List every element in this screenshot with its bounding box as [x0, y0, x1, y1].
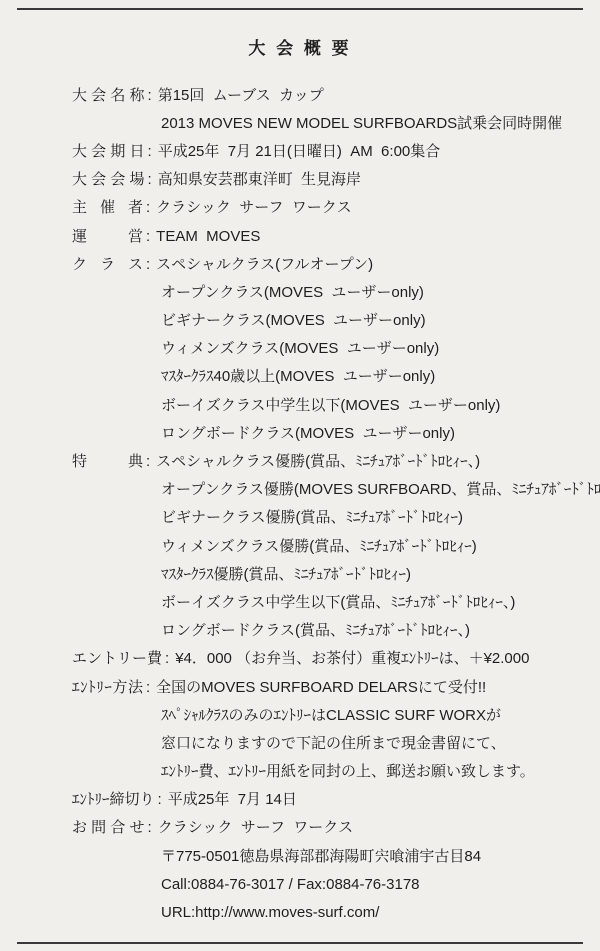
- document-row: ﾏｽﾀｰｸﾗｽ40歳以上(MOVES ユーザーonly): [0, 363, 600, 391]
- field-colon: :: [146, 680, 150, 695]
- field-value: 窓口になりますので下記の住所まで現金書留にて、: [161, 736, 506, 751]
- bottom-rule: [17, 942, 583, 944]
- field-value: 平成25年 7月 21日(日曜日) AM 6:00集合: [158, 144, 441, 159]
- top-rule: [17, 8, 583, 10]
- document-row: ロングボードクラス(MOVES ユーザーonly): [0, 419, 600, 447]
- document-row: ク ラ ス : スペシャルクラス(フルオープン): [0, 250, 600, 278]
- field-colon: :: [165, 651, 169, 666]
- document-row: URL:http://www.moves-surf.com/: [0, 898, 600, 926]
- document-row: エントリー費 : ¥4．000 （お弁当、お茶付）重複ｴﾝﾄﾘｰは、＋¥2.00…: [0, 645, 600, 673]
- field-label: 特 典: [72, 454, 143, 469]
- field-value: オープンクラス(MOVES ユーザーonly): [161, 285, 424, 300]
- field-label: 運 営: [72, 229, 143, 244]
- field-colon: :: [148, 172, 152, 187]
- field-label: ク ラ ス: [72, 257, 143, 272]
- field-colon: :: [148, 144, 152, 159]
- document-row: 大 会 名 称 : 第15回 ムーブス カップ: [0, 81, 600, 109]
- field-value: ﾏｽﾀｰｸﾗｽ優勝(賞品、ﾐﾆﾁｭｱﾎﾞｰﾄﾞﾄﾛﾋｨｰ): [161, 567, 411, 582]
- document-row: 主 催 者 : クラシック サーフ ワークス: [0, 194, 600, 222]
- field-label: 大 会 期 日: [72, 144, 145, 159]
- field-value: スペシャルクラス優勝(賞品、ﾐﾆﾁｭｱﾎﾞｰﾄﾞﾄﾛﾋｨｰ、): [156, 454, 480, 469]
- field-value: 平成25年 7月 14日: [168, 792, 297, 807]
- document-row: ロングボードクラス(賞品、ﾐﾆﾁｭｱﾎﾞｰﾄﾞﾄﾛﾋｨｰ、): [0, 617, 600, 645]
- document-row: 〒775-0501徳島県海部郡海陽町宍喰浦宇古目84: [0, 842, 600, 870]
- field-value: ロングボードクラス(MOVES ユーザーonly): [161, 426, 455, 441]
- document-rows: 大 会 名 称 : 第15回 ムーブス カップ 2013 MOVES NEW M…: [0, 81, 600, 927]
- field-value: Call:0884-76-3017 / Fax:0884-76-3178: [161, 877, 420, 892]
- page-title: 大 会 概 要: [0, 34, 600, 59]
- field-label: 主 催 者: [72, 200, 143, 215]
- field-colon: :: [146, 454, 150, 469]
- field-colon: :: [146, 229, 150, 244]
- document-row: ウィメンズクラス(MOVES ユーザーonly): [0, 335, 600, 363]
- field-value: ウィメンズクラス優勝(賞品、ﾐﾆﾁｭｱﾎﾞｰﾄﾞﾄﾛﾋｨｰ): [161, 539, 477, 554]
- field-colon: :: [148, 820, 152, 835]
- document-row: ｴﾝﾄﾘｰ費、ｴﾝﾄﾘｰ用紙を同封の上、郵送お願い致します。: [0, 758, 600, 786]
- document-row: 特 典 : スペシャルクラス優勝(賞品、ﾐﾆﾁｭｱﾎﾞｰﾄﾞﾄﾛﾋｨｰ、): [0, 447, 600, 475]
- field-value: ロングボードクラス(賞品、ﾐﾆﾁｭｱﾎﾞｰﾄﾞﾄﾛﾋｨｰ、): [161, 623, 470, 638]
- document-row: 大 会 会 場 : 高知県安芸郡東洋町 生見海岸: [0, 166, 600, 194]
- document-row: 窓口になりますので下記の住所まで現金書留にて、: [0, 729, 600, 757]
- field-value: クラシック サーフ ワークス: [158, 820, 353, 835]
- document-row: ｴﾝﾄﾘｰ締切り : 平成25年 7月 14日: [0, 786, 600, 814]
- field-value: ウィメンズクラス(MOVES ユーザーonly): [161, 341, 439, 356]
- document-row: Call:0884-76-3017 / Fax:0884-76-3178: [0, 870, 600, 898]
- field-value: 高知県安芸郡東洋町 生見海岸: [158, 172, 361, 187]
- field-value: ﾏｽﾀｰｸﾗｽ40歳以上(MOVES ユーザーonly): [161, 369, 435, 384]
- document-row: ビギナークラス(MOVES ユーザーonly): [0, 307, 600, 335]
- field-colon: :: [158, 792, 162, 807]
- field-colon: :: [148, 88, 152, 103]
- document-row: ビギナークラス優勝(賞品、ﾐﾆﾁｭｱﾎﾞｰﾄﾞﾄﾛﾋｨｰ): [0, 504, 600, 532]
- field-value: ボーイズクラス中学生以下(MOVES ユーザーonly): [161, 398, 500, 413]
- field-label: エントリー費: [72, 651, 162, 666]
- field-value: ｴﾝﾄﾘｰ費、ｴﾝﾄﾘｰ用紙を同封の上、郵送お願い致します。: [161, 764, 535, 779]
- field-value: URL:http://www.moves-surf.com/: [161, 905, 379, 920]
- field-value: 全国のMOVES SURFBOARD DELARSにて受付!!: [156, 680, 486, 695]
- document-row: 大 会 期 日 : 平成25年 7月 21日(日曜日) AM 6:00集合: [0, 137, 600, 165]
- document-row: ウィメンズクラス優勝(賞品、ﾐﾆﾁｭｱﾎﾞｰﾄﾞﾄﾛﾋｨｰ): [0, 532, 600, 560]
- field-label: 大 会 会 場: [72, 172, 145, 187]
- document-row: オープンクラス(MOVES ユーザーonly): [0, 278, 600, 306]
- document-page: { "page": { "title": "大 会 概 要", "colon":…: [0, 0, 600, 951]
- document-row: お 問 合 せ : クラシック サーフ ワークス: [0, 814, 600, 842]
- field-value: 第15回 ムーブス カップ: [158, 88, 324, 103]
- field-value: TEAM MOVES: [156, 229, 260, 244]
- document-row: オープンクラス優勝(MOVES SURFBOARD、賞品、ﾐﾆﾁｭｱﾎﾞｰﾄﾞﾄ…: [0, 476, 600, 504]
- field-value: ビギナークラス(MOVES ユーザーonly): [161, 313, 426, 328]
- field-label: ｴﾝﾄﾘｰ方法: [72, 680, 143, 695]
- field-colon: :: [146, 200, 150, 215]
- field-value: オープンクラス優勝(MOVES SURFBOARD、賞品、ﾐﾆﾁｭｱﾎﾞｰﾄﾞﾄ…: [161, 482, 600, 497]
- field-value: ボーイズクラス中学生以下(賞品、ﾐﾆﾁｭｱﾎﾞｰﾄﾞﾄﾛﾋｨｰ、): [161, 595, 515, 610]
- document-row: 運 営 : TEAM MOVES: [0, 222, 600, 250]
- document-row: ｴﾝﾄﾘｰ方法 : 全国のMOVES SURFBOARD DELARSにて受付!…: [0, 673, 600, 701]
- field-value: ¥4．000 （お弁当、お茶付）重複ｴﾝﾄﾘｰは、＋¥2.000: [175, 651, 529, 666]
- field-value: スペシャルクラス(フルオープン): [156, 257, 373, 272]
- field-label: ｴﾝﾄﾘｰ締切り: [72, 792, 155, 807]
- field-colon: :: [146, 257, 150, 272]
- field-value: 2013 MOVES NEW MODEL SURFBOARDS試乗会同時開催: [161, 116, 562, 131]
- document-row: ボーイズクラス中学生以下(MOVES ユーザーonly): [0, 391, 600, 419]
- field-value: ビギナークラス優勝(賞品、ﾐﾆﾁｭｱﾎﾞｰﾄﾞﾄﾛﾋｨｰ): [161, 510, 463, 525]
- field-value: クラシック サーフ ワークス: [156, 200, 351, 215]
- document-row: ボーイズクラス中学生以下(賞品、ﾐﾆﾁｭｱﾎﾞｰﾄﾞﾄﾛﾋｨｰ、): [0, 588, 600, 616]
- document-row: 2013 MOVES NEW MODEL SURFBOARDS試乗会同時開催: [0, 109, 600, 137]
- document-row: ｽﾍﾟｼｬﾙｸﾗｽのみのｴﾝﾄﾘｰはCLASSIC SURF WORXが: [0, 701, 600, 729]
- document-row: ﾏｽﾀｰｸﾗｽ優勝(賞品、ﾐﾆﾁｭｱﾎﾞｰﾄﾞﾄﾛﾋｨｰ): [0, 560, 600, 588]
- field-label: お 問 合 せ: [72, 820, 145, 835]
- field-value: ｽﾍﾟｼｬﾙｸﾗｽのみのｴﾝﾄﾘｰはCLASSIC SURF WORXが: [161, 708, 501, 723]
- field-value: 〒775-0501徳島県海部郡海陽町宍喰浦宇古目84: [161, 849, 481, 864]
- field-label: 大 会 名 称: [72, 88, 145, 103]
